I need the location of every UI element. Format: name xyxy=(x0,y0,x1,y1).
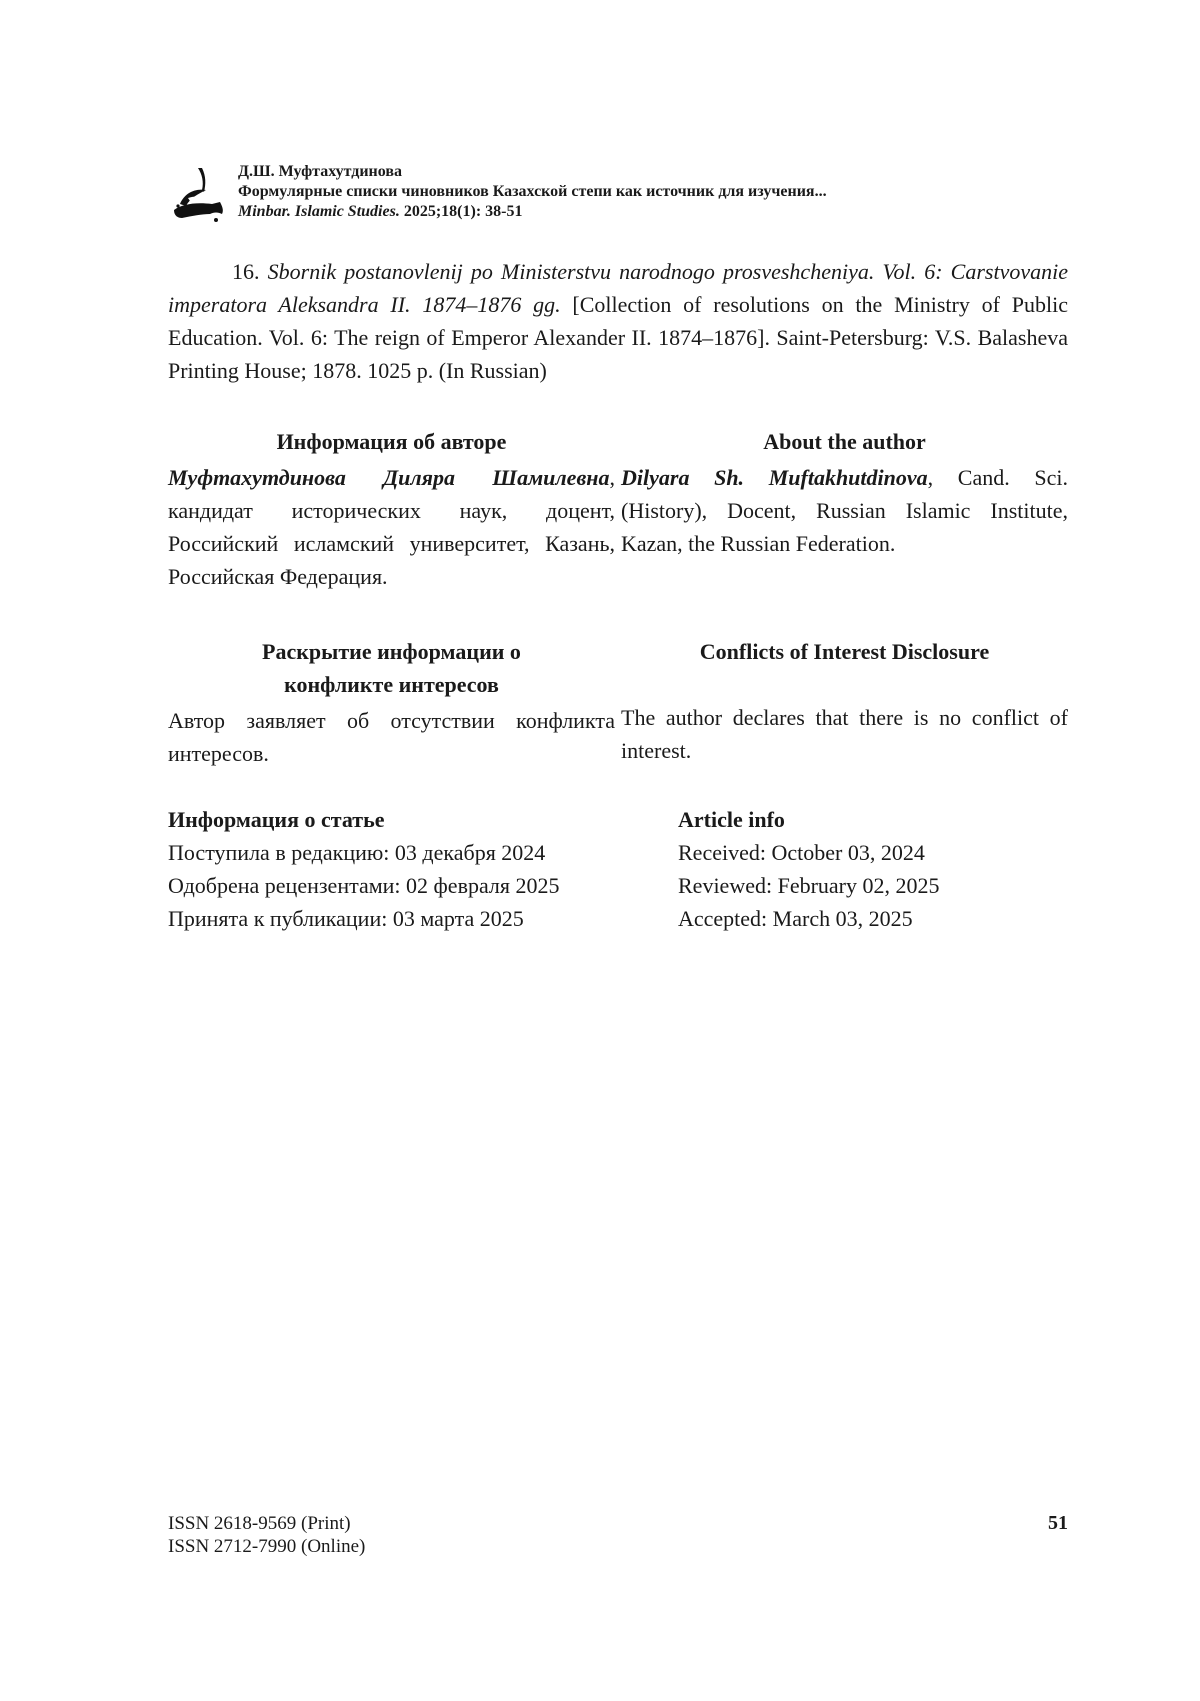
running-header: Д.Ш. Муфтахутдинова Формулярные списки ч… xyxy=(168,162,827,224)
article-info-ru: Информация о статье Поступила в редакцию… xyxy=(168,803,560,935)
accepted-ru: Принята к публикации: 03 марта 2025 xyxy=(168,902,560,935)
reference-number: 16. xyxy=(232,259,268,284)
conflict-section: Раскрытие информации о конфликте интерес… xyxy=(168,635,1068,770)
author-info-ru: Информация об авторе Муфтахутдинова Диля… xyxy=(168,425,615,593)
conflict-heading-en: Conflicts of Interest Disclosure xyxy=(621,635,1068,668)
issn-print: ISSN 2618-9569 (Print) xyxy=(168,1512,365,1535)
page-number: 51 xyxy=(1048,1512,1068,1535)
conflict-heading-ru: Раскрытие информации о конфликте интерес… xyxy=(168,635,615,701)
header-author: Д.Ш. Муфтахутдинова xyxy=(238,162,827,182)
header-journal-citation: Minbar. Islamic Studies. 2025;18(1): 38-… xyxy=(238,202,827,222)
author-text-en: Dilyara Sh. Muftakhutdinova, Cand. Sci. … xyxy=(621,461,1068,560)
author-info-en: About the author Dilyara Sh. Muftakhutdi… xyxy=(621,425,1068,593)
author-text-ru: Муфтахутдинова Диляра Шамилевна, кандида… xyxy=(168,461,615,593)
accepted-en: Accepted: March 03, 2025 xyxy=(678,902,940,935)
received-ru: Поступила в редакцию: 03 декабря 2024 xyxy=(168,836,560,869)
reference-16: 16. Sbornik postanovlenij po Ministerstv… xyxy=(168,255,1068,387)
minbar-logo-icon xyxy=(168,164,230,224)
author-name-en: Dilyara Sh. Muftakhutdinova xyxy=(621,465,928,490)
reviewed-ru: Одобрена рецензентами: 02 февраля 2025 xyxy=(168,869,560,902)
article-info-en: Article info Received: October 03, 2024 … xyxy=(678,803,940,935)
article-info-heading-ru: Информация о статье xyxy=(168,803,560,836)
author-heading-en: About the author xyxy=(621,425,1068,458)
author-heading-ru: Информация об авторе xyxy=(168,425,615,458)
journal-name: Minbar. Islamic Studies. xyxy=(238,203,400,220)
author-name-ru: Муфтахутдинова Диляра Шамилевна xyxy=(168,465,610,490)
conflict-text-en: The author declares that there is no con… xyxy=(621,701,1068,767)
conflict-en: Conflicts of Interest Disclosure The aut… xyxy=(621,635,1068,770)
conflict-text-ru: Автор заявляет об отсутствии конфликта и… xyxy=(168,704,615,770)
author-info-section: Информация об авторе Муфтахутдинова Диля… xyxy=(168,425,1068,593)
header-article-title: Формулярные списки чиновников Казахской … xyxy=(238,182,827,202)
footer-issn: ISSN 2618-9569 (Print) ISSN 2712-7990 (O… xyxy=(168,1512,365,1558)
citation: 2025;18(1): 38-51 xyxy=(400,203,523,220)
issn-online: ISSN 2712-7990 (Online) xyxy=(168,1535,365,1558)
received-en: Received: October 03, 2024 xyxy=(678,836,940,869)
article-info-heading-en: Article info xyxy=(678,803,940,836)
conflict-ru: Раскрытие информации о конфликте интерес… xyxy=(168,635,615,770)
reviewed-en: Reviewed: February 02, 2025 xyxy=(678,869,940,902)
